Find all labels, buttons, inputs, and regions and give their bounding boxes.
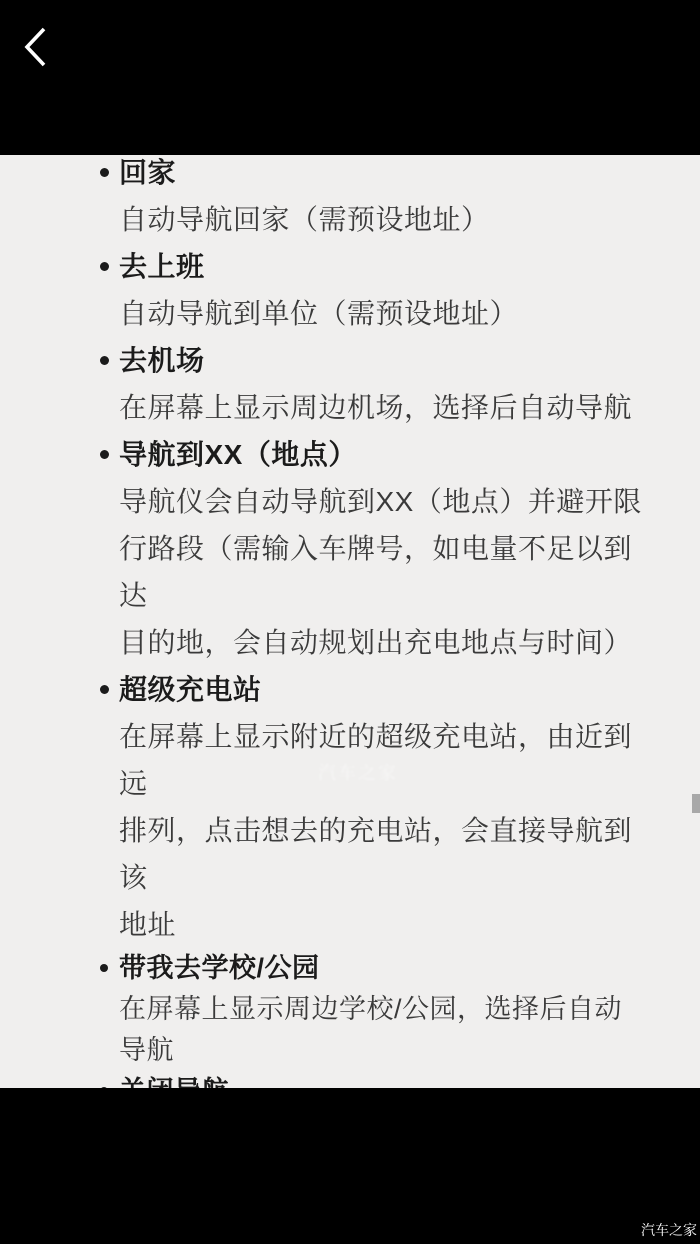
command-title: 关闭导航: [119, 1071, 660, 1088]
command-title: 去机场: [119, 337, 660, 384]
chevron-left-icon: [10, 26, 66, 68]
top-bar: [0, 0, 700, 155]
command-title: 回家: [119, 155, 660, 196]
command-title: 超级充电站: [119, 666, 660, 713]
back-button[interactable]: [10, 10, 66, 72]
list-item: 去上班 自动导航到单位（需预设地址）: [119, 243, 660, 337]
command-description: 自动导航回家（需预设地址）: [119, 196, 660, 243]
command-description: 在屏幕上显示周边学校/公园，选择后自动 导航: [119, 989, 660, 1071]
voice-command-list: 回家 自动导航回家（需预设地址） 去上班 自动导航到单位（需预设地址） 去机场 …: [0, 155, 700, 1088]
bullet-dot: [100, 685, 109, 694]
list-item: 回家 自动导航回家（需预设地址）: [119, 155, 660, 243]
command-description: 在屏幕上显示周边机场，选择后自动导航: [119, 384, 660, 431]
list-item: 去机场 在屏幕上显示周边机场，选择后自动导航: [119, 337, 660, 431]
command-description: 在屏幕上显示附近的超级充电站，由近到远 排列，点击想去的充电站，会直接导航到该 …: [119, 713, 660, 948]
bullet-dot: [100, 168, 109, 177]
bullet-dot: [100, 964, 108, 972]
list-item: 导航到XX（地点） 导航仪会自动导航到XX（地点）并避开限 行路段（需输入车牌号…: [119, 431, 660, 666]
app-screen: 回家 自动导航回家（需预设地址） 去上班 自动导航到单位（需预设地址） 去机场 …: [0, 0, 700, 1244]
bullet-dot: [100, 262, 109, 271]
list-item: 关闭导航 退出当前导航线路: [119, 1071, 660, 1088]
command-description: 导航仪会自动导航到XX（地点）并避开限 行路段（需输入车牌号，如电量不足以到达 …: [119, 478, 660, 666]
content-area[interactable]: 回家 自动导航回家（需预设地址） 去上班 自动导航到单位（需预设地址） 去机场 …: [0, 155, 700, 1088]
scrollbar-thumb[interactable]: [692, 794, 700, 813]
command-title: 带我去学校/公园: [119, 948, 660, 989]
list-item: 带我去学校/公园 在屏幕上显示周边学校/公园，选择后自动 导航: [119, 948, 660, 1071]
bullet-dot: [100, 450, 109, 459]
brand-watermark: 汽车之家: [641, 1220, 697, 1240]
bullet-dot: [100, 356, 109, 365]
command-title: 导航到XX（地点）: [119, 431, 660, 478]
command-description: 自动导航到单位（需预设地址）: [119, 290, 660, 337]
list-item: 超级充电站 在屏幕上显示附近的超级充电站，由近到远 排列，点击想去的充电站，会直…: [119, 666, 660, 948]
command-title: 去上班: [119, 243, 660, 290]
bottom-bar: 汽车之家: [0, 1088, 700, 1244]
